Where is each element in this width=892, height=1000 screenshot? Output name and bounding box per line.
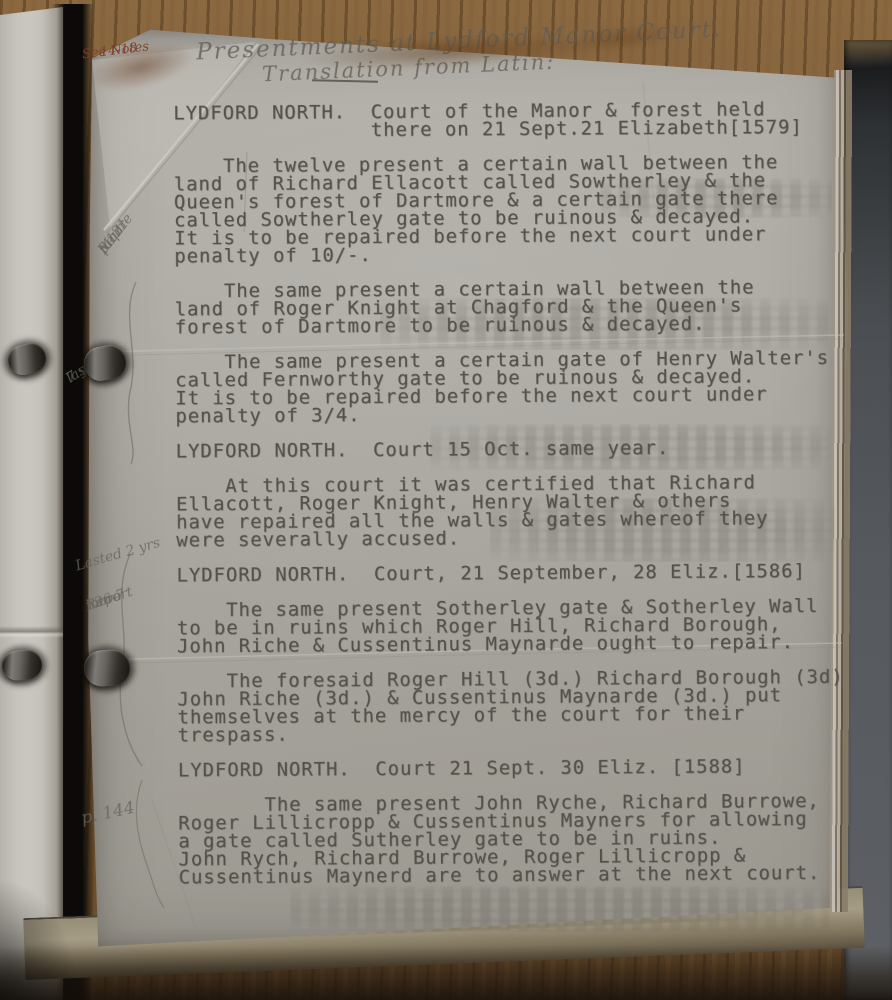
typed-heading: LYDFORD NORTH. Court 21 Sept. 30 Eliz. [… [178,757,858,780]
typed-line: John Riche & Cussentinus Maynarde ought … [177,633,857,656]
typed-line: penalty of 3/4. [175,403,855,426]
photo-of-manuscript-page: Presentments at Lydford Manor Court. Tra… [0,0,892,1000]
typed-para: The same present Sotherley gate & Sother… [177,597,857,656]
pencil-brace [128,282,136,464]
typed-line: trespass. [178,722,858,745]
typed-para: The twelve present a certain wall betwee… [174,153,855,266]
paper-fastener [5,340,49,378]
typed-heading: LYDFORD NORTH. Court of the Manor & fore… [173,100,853,141]
paper-fastener [83,648,131,687]
typed-line: there on 21 Sept.21 Elizabeth[1579] [173,118,853,141]
corner-shadow [0,878,80,1000]
typed-line: LYDFORD NORTH. Court, 21 September, 28 E… [176,562,856,585]
bottom-shadow [0,946,892,1000]
typed-line: LYDFORD NORTH. Court 15 Oct. same year. [176,438,856,461]
typed-para: At this court it was certified that Rich… [176,473,856,550]
typed-para: The same present a certain wall between … [174,278,854,337]
typed-text: LYDFORD NORTH. Court of the Manor & fore… [173,100,859,904]
pencil-brace [136,780,164,908]
typed-heading: LYDFORD NORTH. Court 15 Oct. same year. [176,438,856,461]
typed-line: Cussentinus Maynerd are to answer at the… [179,864,859,887]
typed-line: were severally accused. [176,527,856,550]
typed-line: LYDFORD NORTH. Court 21 Sept. 30 Eliz. [… [178,757,858,780]
typed-line: penalty of 10/-. [174,243,854,266]
typed-line: forest of Dartmore to be ruinous & decay… [175,314,855,337]
paper-fastener [1,648,44,682]
typed-para: The foresaid Roger Hill (3d.) Richard Bo… [177,668,857,745]
typed-para: The same present John Ryche, Richard Bur… [178,792,859,887]
typed-para: The same present a certain gate of Henry… [175,349,855,426]
typed-heading: LYDFORD NORTH. Court, 21 September, 28 E… [176,562,856,585]
paper-fastener [81,343,128,384]
